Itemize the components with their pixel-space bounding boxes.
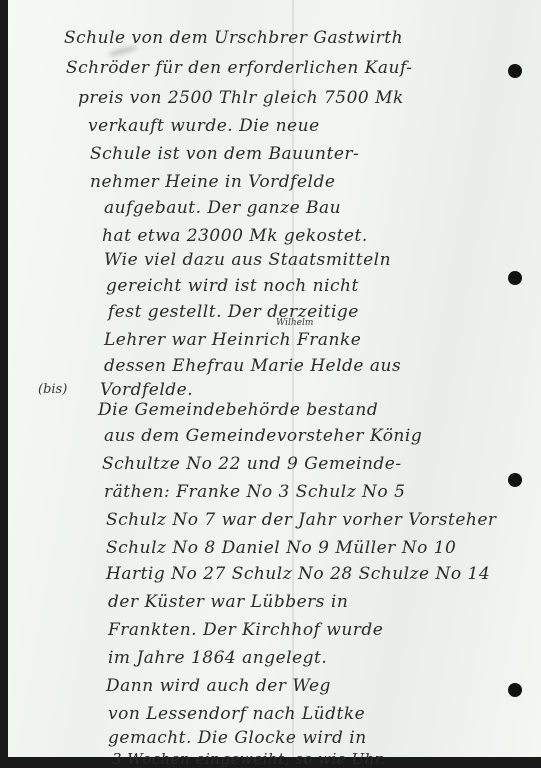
text-line: Schule ist von dem Bauunter- <box>90 144 359 164</box>
text-line: Schulz No 8 Daniel No 9 Müller No 10 <box>106 538 456 558</box>
margin-note: (bis) <box>38 382 67 397</box>
text-line: Frankten. Der Kirchhof wurde <box>108 620 383 640</box>
binding-hole <box>508 64 522 78</box>
text-line: von Lessendorf nach Lüdtke <box>108 704 365 724</box>
manuscript-page: Schule von dem Urschbrer Gastwirth Schrö… <box>8 0 541 757</box>
text-line: Die Gemeindebehörde bestand <box>98 400 378 420</box>
text-line: aufgebaut. Der ganze Bau <box>104 198 341 218</box>
text-line: Vordfelde. <box>100 380 193 400</box>
text-line: Hartig No 27 Schulz No 28 Schulze No 14 <box>106 564 490 584</box>
binding-hole <box>508 683 522 697</box>
text-line: Dann wird auch der Weg <box>106 676 331 696</box>
text-line: Schröder für den erforderlichen Kauf- <box>66 58 412 78</box>
text-line: räthen: Franke No 3 Schulz No 5 <box>104 482 405 502</box>
binding-hole <box>508 271 522 285</box>
scanned-document: Schule von dem Urschbrer Gastwirth Schrö… <box>0 0 541 768</box>
text-line: Wie viel dazu aus Staatsmitteln <box>104 250 391 270</box>
text-line: Schultze No 22 und 9 Gemeinde- <box>102 454 402 474</box>
text-line: Lehrer war Heinrich Franke <box>104 330 361 350</box>
text-line: gemacht. Die Glocke wird in <box>108 728 367 748</box>
text-line: dessen Ehefrau Marie Helde aus <box>104 356 401 376</box>
binding-hole <box>508 473 522 487</box>
text-line: nehmer Heine in Vordfelde <box>90 172 335 192</box>
page-fold <box>292 0 294 757</box>
text-line: Schule von dem Urschbrer Gastwirth <box>64 28 403 48</box>
text-line: fest gestellt. Der derzeitige <box>108 302 359 322</box>
text-line: im Jahre 1864 angelegt. <box>108 648 327 668</box>
text-line: aus dem Gemeindevorsteher König <box>104 426 422 446</box>
text-line: verkauft wurde. Die neue <box>88 116 320 136</box>
text-line: Schulz No 7 war der Jahr vorher Vorstehe… <box>106 510 497 530</box>
interlinear-note: Wilhelm <box>276 318 313 328</box>
text-line: hat etwa 23000 Mk gekostet. <box>102 226 368 246</box>
text-line: der Küster war Lübbers in <box>108 592 348 612</box>
text-line: gereicht wird ist noch nicht <box>106 276 359 296</box>
text-line: preis von 2500 Thlr gleich 7500 Mk <box>78 88 404 108</box>
text-line: 3 Wochen eingeweiht, so wie Uhr. <box>112 750 386 768</box>
